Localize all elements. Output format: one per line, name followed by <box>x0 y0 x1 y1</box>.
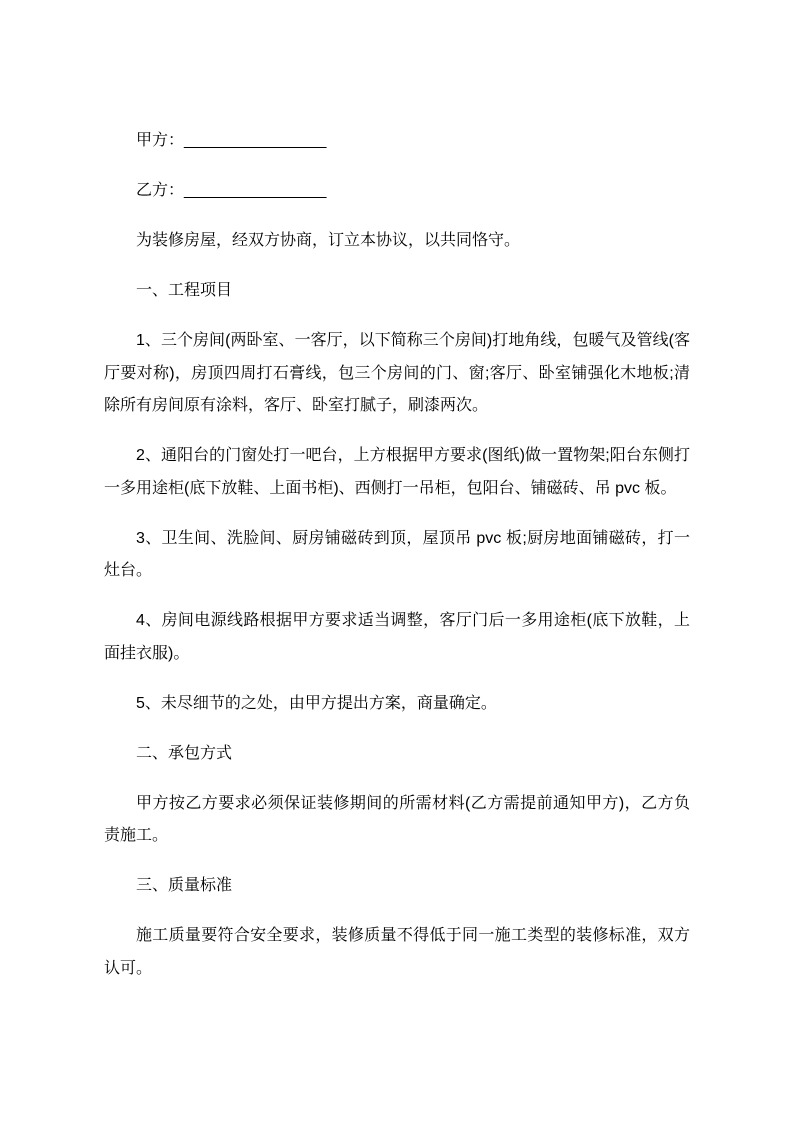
party-b-label: 乙方： <box>136 182 184 199</box>
section-1-item-4: 4、房间电源线路根据甲方要求适当调整，客厅门后一多用途柜(底下放鞋，上面挂衣服)… <box>104 605 690 670</box>
section-3-body: 施工质量要符合安全要求，装修质量不得低于同一施工类型的装修标准，双方认可。 <box>104 920 690 985</box>
section-1-item-1: 1、三个房间(两卧室、一客厅，以下简称三个房间)打地角线，包暖气及管线(客厅要对… <box>104 325 690 423</box>
section-1-item-2: 2、通阳台的门窗处打一吧台，上方根据甲方要求(图纸)做一置物架;阳台东侧打一多用… <box>104 440 690 505</box>
intro-paragraph: 为装修房屋，经双方协商，订立本协议，以共同恪守。 <box>104 225 690 258</box>
section-1-heading: 一、工程项目 <box>104 275 690 308</box>
contract-content: 甲方：________________ 乙方：________________ … <box>104 125 690 1003</box>
party-a-line: 甲方：________________ <box>104 125 690 158</box>
party-a-blank-field: ________________ <box>184 132 326 149</box>
party-b-blank-field: ________________ <box>184 182 326 199</box>
contract-document-page: 甲方：________________ 乙方：________________ … <box>0 0 793 1122</box>
section-2-body: 甲方按乙方要求必须保证装修期间的所需材料(乙方需提前通知甲方)，乙方负责施工。 <box>104 788 690 853</box>
section-2-heading: 二、承包方式 <box>104 738 690 771</box>
party-b-line: 乙方：________________ <box>104 175 690 208</box>
section-3-heading: 三、质量标准 <box>104 870 690 903</box>
section-1-item-5: 5、未尽细节的之处，由甲方提出方案，商量确定。 <box>104 688 690 721</box>
section-1-item-3: 3、卫生间、洗脸间、厨房铺磁砖到顶，屋顶吊 pvc 板;厨房地面铺磁砖，打一灶台… <box>104 523 690 588</box>
party-a-label: 甲方： <box>136 132 184 149</box>
